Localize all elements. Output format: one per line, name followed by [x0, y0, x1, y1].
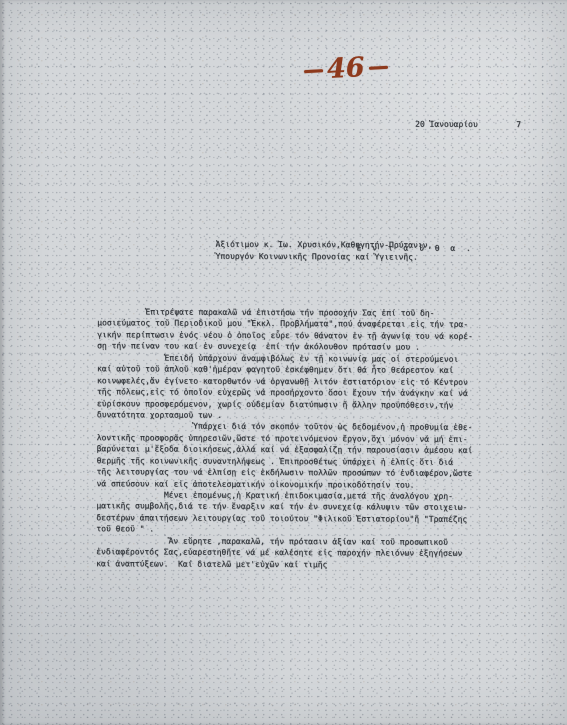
recipient-block: Ἀξιότιμον κ. Ἰω. Χρυσικόν,Καθηγητήν-Πρύτ… [215, 212, 432, 263]
date-line: 20 Ἰανουαρίου 7 [415, 120, 521, 129]
body-line: τῆς πόλεως,εἰς τό ὁποῖον εὐχερῶς νά προσ… [97, 386, 473, 399]
body-line: καί ἀναπτύξεων. Καί διατελῶ μετ'εὐχῶν κα… [96, 558, 472, 571]
document-page: 46 20 Ἰανουαρίου 7 Ἀξιότιμον κ. Ἰω. Χρυσ… [0, 0, 567, 725]
typed-content: 20 Ἰανουαρίου 7 Ἀξιότιμον κ. Ἰω. Χρυσικό… [0, 0, 567, 725]
letter-body: Ἐπιτρέψατε παρακαλῶ νά ἐπιστήσω τήν προσ… [96, 279, 473, 571]
salutation-line: Ἐ ν τ α ῦ θ α . [356, 243, 473, 253]
